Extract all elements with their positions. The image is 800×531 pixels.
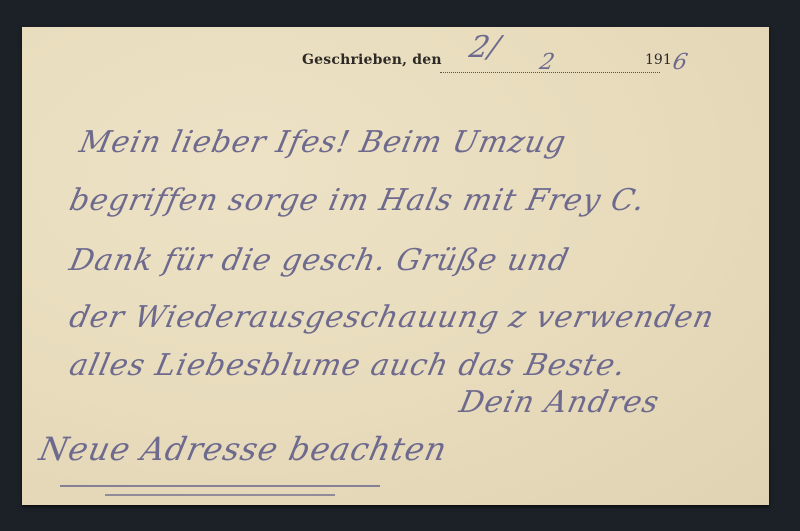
printed-year-prefix: 191 [645, 52, 672, 68]
printed-header: Geschrieben, den [302, 52, 442, 68]
handwritten-line-4: der Wiederausgeschauung z verwenden [66, 300, 717, 335]
postscript-underline-1 [60, 485, 380, 487]
postscript-underline-2 [105, 494, 335, 496]
handwritten-line-3: Dank für die gesch. Grüße und [66, 243, 572, 278]
handwritten-line-1: Mein lieber Ifes! Beim Umzug [76, 125, 569, 160]
handwritten-line-2: begriffen sorge im Hals mit Frey C. [66, 183, 648, 218]
handwritten-postscript: Neue Adresse beachten [36, 430, 451, 468]
handwritten-signature: Dein Andres [456, 385, 662, 420]
handwritten-line-5: alles Liebesblume auch das Beste. [66, 348, 629, 383]
